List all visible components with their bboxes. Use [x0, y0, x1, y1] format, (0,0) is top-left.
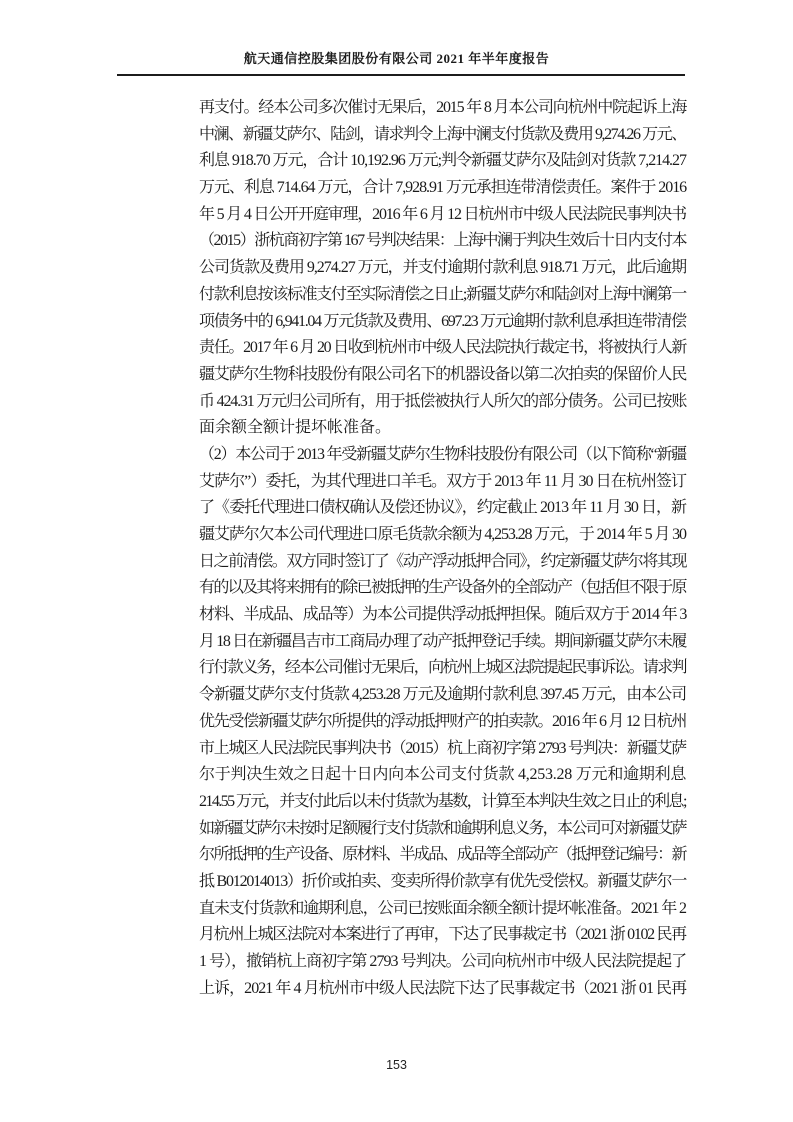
text-line-content: 尔所抵押的生产设备、原材料、半成品、成品等全部动产（抵押登记编号：新 [199, 842, 686, 869]
text-line: 材料、半成品、成品等）为本公司提供浮动抵押担保。随后双方于 2014 年 3 [199, 602, 686, 629]
text-line: 项债务中的 6,941.04 万元货款及费用、697.23 万元逾期付款利息承担… [199, 309, 686, 336]
page-header-title: 航天通信控股集团股份有限公司 2021 年半年度报告 [0, 48, 793, 67]
text-line: 月杭州上城区法院对本案进行了再审，下达了民事裁定书（2021 浙 0102 民再 [199, 922, 686, 949]
text-line: 上诉，2021 年 4 月杭州市中级人民法院下达了民事裁定书（2021 浙 01… [199, 976, 686, 1003]
text-line: 责任。2017 年 6 月 20 日收到杭州市中级人民法院执行裁定书，将被执行人… [199, 335, 686, 362]
text-line-content: 直未支付货款和逾期利息，公司已按账面余额全额计提坏帐准备。2021 年 2 [199, 896, 686, 923]
text-line: 市上城区人民法院民事判决书（2015）杭上商初字第 2793 号判决：新疆艾萨 [199, 736, 686, 763]
header-divider [117, 74, 685, 76]
text-line-content: 尔于判决生效之日起十日内向本公司支付货款 4,253.28 万元和逾期利息 [199, 762, 686, 789]
text-line: 214.55 万元，并支付此后以未付货款为基数，计算至本判决生效之日止的利息; [199, 789, 686, 816]
text-line-content: 利息 918.70 万元，合计 10,192.96 万元;判令新疆艾萨尔及陆剑对… [199, 148, 686, 175]
text-line: 疆艾萨尔欠本公司代理进口原毛货款余额为 4,253.28 万元，于 2014 年… [199, 522, 686, 549]
text-line-content: 万元、利息 714.64 万元，合计 7,928.91 万元承担连带清偿责任。案… [199, 175, 686, 202]
text-line-content: 日之前清偿。双方同时签订了《动产浮动抵押合同》，约定新疆艾萨尔将其现 [199, 549, 686, 576]
text-line: 令新疆艾萨尔支付货款 4,253.28 万元及逾期付款利息 397.45 万元，… [199, 682, 686, 709]
page-number: 153 [0, 1058, 793, 1072]
text-line-content: 币 424.31 万元归公司所有，用于抵偿被执行人所欠的部分债务。公司已按账 [199, 389, 686, 416]
text-line-content: 年 5 月 4 日公开开庭审理，2016 年 6 月 12 日杭州市中级人民法院… [199, 202, 686, 229]
text-line: （2015）浙杭商初字第 167 号判决结果：上海中澜于判决生效后十日内支付本 [199, 228, 686, 255]
text-line: 面余额全额计提坏帐准备。 [199, 415, 686, 442]
text-line: 中澜、新疆艾萨尔、陆剑，请求判令上海中澜支付货款及费用 9,274.26 万元、 [199, 122, 686, 149]
text-line: 尔所抵押的生产设备、原材料、半成品、成品等全部动产（抵押登记编号：新 [199, 842, 686, 869]
text-line: 行付款义务，经本公司催讨无果后，向杭州上城区法院提起民事诉讼。请求判 [199, 655, 686, 682]
text-line-content: 再支付。经本公司多次催讨无果后，2015 年 8 月本公司向杭州中院起诉上海 [199, 95, 686, 122]
text-line-content: 有的以及其将来拥有的除已被抵押的生产设备外的全部动产（包括但不限于原 [199, 575, 686, 602]
text-line: 1 号），撤销杭上商初字第 2793 号判决。公司向杭州市中级人民法院提起了 [199, 949, 686, 976]
text-line-content: （2）本公司于 2013 年受新疆艾萨尔生物科技股份有限公司（以下简称“新疆 [199, 442, 686, 469]
text-line: 艾萨尔”）委托，为其代理进口羊毛。双方于 2013 年 11 月 30 日在杭州… [199, 469, 686, 496]
text-line-content: 行付款义务，经本公司催讨无果后，向杭州上城区法院提起民事诉讼。请求判 [199, 655, 686, 682]
text-line-content: 公司货款及费用 9,274.27 万元，并支付逾期付款利息 918.71 万元，… [199, 255, 686, 282]
text-line: 年 5 月 4 日公开开庭审理，2016 年 6 月 12 日杭州市中级人民法院… [199, 202, 686, 229]
text-line: （2）本公司于 2013 年受新疆艾萨尔生物科技股份有限公司（以下简称“新疆 [199, 442, 686, 469]
text-line: 公司货款及费用 9,274.27 万元，并支付逾期付款利息 918.71 万元，… [199, 255, 686, 282]
text-line: 疆艾萨尔生物科技股份有限公司名下的机器设备以第二次拍卖的保留价人民 [199, 362, 686, 389]
document-body: 再支付。经本公司多次催讨无果后，2015 年 8 月本公司向杭州中院起诉上海中澜… [199, 95, 686, 1002]
text-line-content: 月 18 日在新疆昌吉市工商局办理了动产抵押登记手续。期间新疆艾萨尔未履 [199, 629, 686, 656]
text-line-content: 中澜、新疆艾萨尔、陆剑，请求判令上海中澜支付货款及费用 9,274.26 万元、 [199, 122, 686, 149]
text-line: 万元、利息 714.64 万元，合计 7,928.91 万元承担连带清偿责任。案… [199, 175, 686, 202]
text-line: 月 18 日在新疆昌吉市工商局办理了动产抵押登记手续。期间新疆艾萨尔未履 [199, 629, 686, 656]
text-line-content: 令新疆艾萨尔支付货款 4,253.28 万元及逾期付款利息 397.45 万元，… [199, 682, 686, 709]
text-line-content: 面余额全额计提坏帐准备。 [199, 415, 391, 442]
text-line-content: 市上城区人民法院民事判决书（2015）杭上商初字第 2793 号判决：新疆艾萨 [199, 736, 686, 763]
text-line-content: 责任。2017 年 6 月 20 日收到杭州市中级人民法院执行裁定书，将被执行人… [199, 335, 686, 362]
text-line: 直未支付货款和逾期利息，公司已按账面余额全额计提坏帐准备。2021 年 2 [199, 896, 686, 923]
text-line-content: 抵 B012014013）折价或拍卖、变卖所得价款享有优先受偿权。新疆艾萨尔一 [199, 869, 686, 896]
text-line-content: 付款利息按该标准支付至实际清偿之日止;新疆艾萨尔和陆剑对上海中澜第一 [199, 282, 686, 309]
text-line: 如新疆艾萨尔未按时足额履行支付货款和逾期利息义务，本公司可对新疆艾萨 [199, 816, 686, 843]
text-line-content: 月杭州上城区法院对本案进行了再审，下达了民事裁定书（2021 浙 0102 民再 [199, 922, 686, 949]
text-line: 付款利息按该标准支付至实际清偿之日止;新疆艾萨尔和陆剑对上海中澜第一 [199, 282, 686, 309]
text-line-content: 上诉，2021 年 4 月杭州市中级人民法院下达了民事裁定书（2021 浙 01… [199, 976, 686, 1003]
text-line-content: （2015）浙杭商初字第 167 号判决结果：上海中澜于判决生效后十日内支付本 [199, 228, 686, 255]
text-line: 再支付。经本公司多次催讨无果后，2015 年 8 月本公司向杭州中院起诉上海 [199, 95, 686, 122]
text-line-content: 项债务中的 6,941.04 万元货款及费用、697.23 万元逾期付款利息承担… [199, 309, 686, 336]
text-line: 了《委托代理进口债权确认及偿还协议》，约定截止 2013 年 11 月 30 日… [199, 495, 686, 522]
text-line-content: 214.55 万元，并支付此后以未付货款为基数，计算至本判决生效之日止的利息; [199, 789, 686, 816]
text-line: 优先受偿新疆艾萨尔所提供的浮动抵押财产的拍卖款。2016 年 6 月 12 日杭… [199, 709, 686, 736]
text-line: 日之前清偿。双方同时签订了《动产浮动抵押合同》，约定新疆艾萨尔将其现 [199, 549, 686, 576]
text-line: 币 424.31 万元归公司所有，用于抵偿被执行人所欠的部分债务。公司已按账 [199, 389, 686, 416]
text-line: 抵 B012014013）折价或拍卖、变卖所得价款享有优先受偿权。新疆艾萨尔一 [199, 869, 686, 896]
text-line-content: 优先受偿新疆艾萨尔所提供的浮动抵押财产的拍卖款。2016 年 6 月 12 日杭… [199, 709, 686, 736]
text-line: 利息 918.70 万元，合计 10,192.96 万元;判令新疆艾萨尔及陆剑对… [199, 148, 686, 175]
text-line-content: 疆艾萨尔生物科技股份有限公司名下的机器设备以第二次拍卖的保留价人民 [199, 362, 686, 389]
text-line: 有的以及其将来拥有的除已被抵押的生产设备外的全部动产（包括但不限于原 [199, 575, 686, 602]
text-line-content: 1 号），撤销杭上商初字第 2793 号判决。公司向杭州市中级人民法院提起了 [199, 949, 686, 976]
text-line-content: 了《委托代理进口债权确认及偿还协议》，约定截止 2013 年 11 月 30 日… [199, 495, 686, 522]
text-line-content: 材料、半成品、成品等）为本公司提供浮动抵押担保。随后双方于 2014 年 3 [199, 602, 686, 629]
text-line: 尔于判决生效之日起十日内向本公司支付货款 4,253.28 万元和逾期利息 [199, 762, 686, 789]
text-line-content: 如新疆艾萨尔未按时足额履行支付货款和逾期利息义务，本公司可对新疆艾萨 [199, 816, 686, 843]
text-line-content: 疆艾萨尔欠本公司代理进口原毛货款余额为 4,253.28 万元，于 2014 年… [199, 522, 686, 549]
text-line-content: 艾萨尔”）委托，为其代理进口羊毛。双方于 2013 年 11 月 30 日在杭州… [199, 469, 686, 496]
report-page: 航天通信控股集团股份有限公司 2021 年半年度报告 再支付。经本公司多次催讨无… [0, 0, 793, 1122]
